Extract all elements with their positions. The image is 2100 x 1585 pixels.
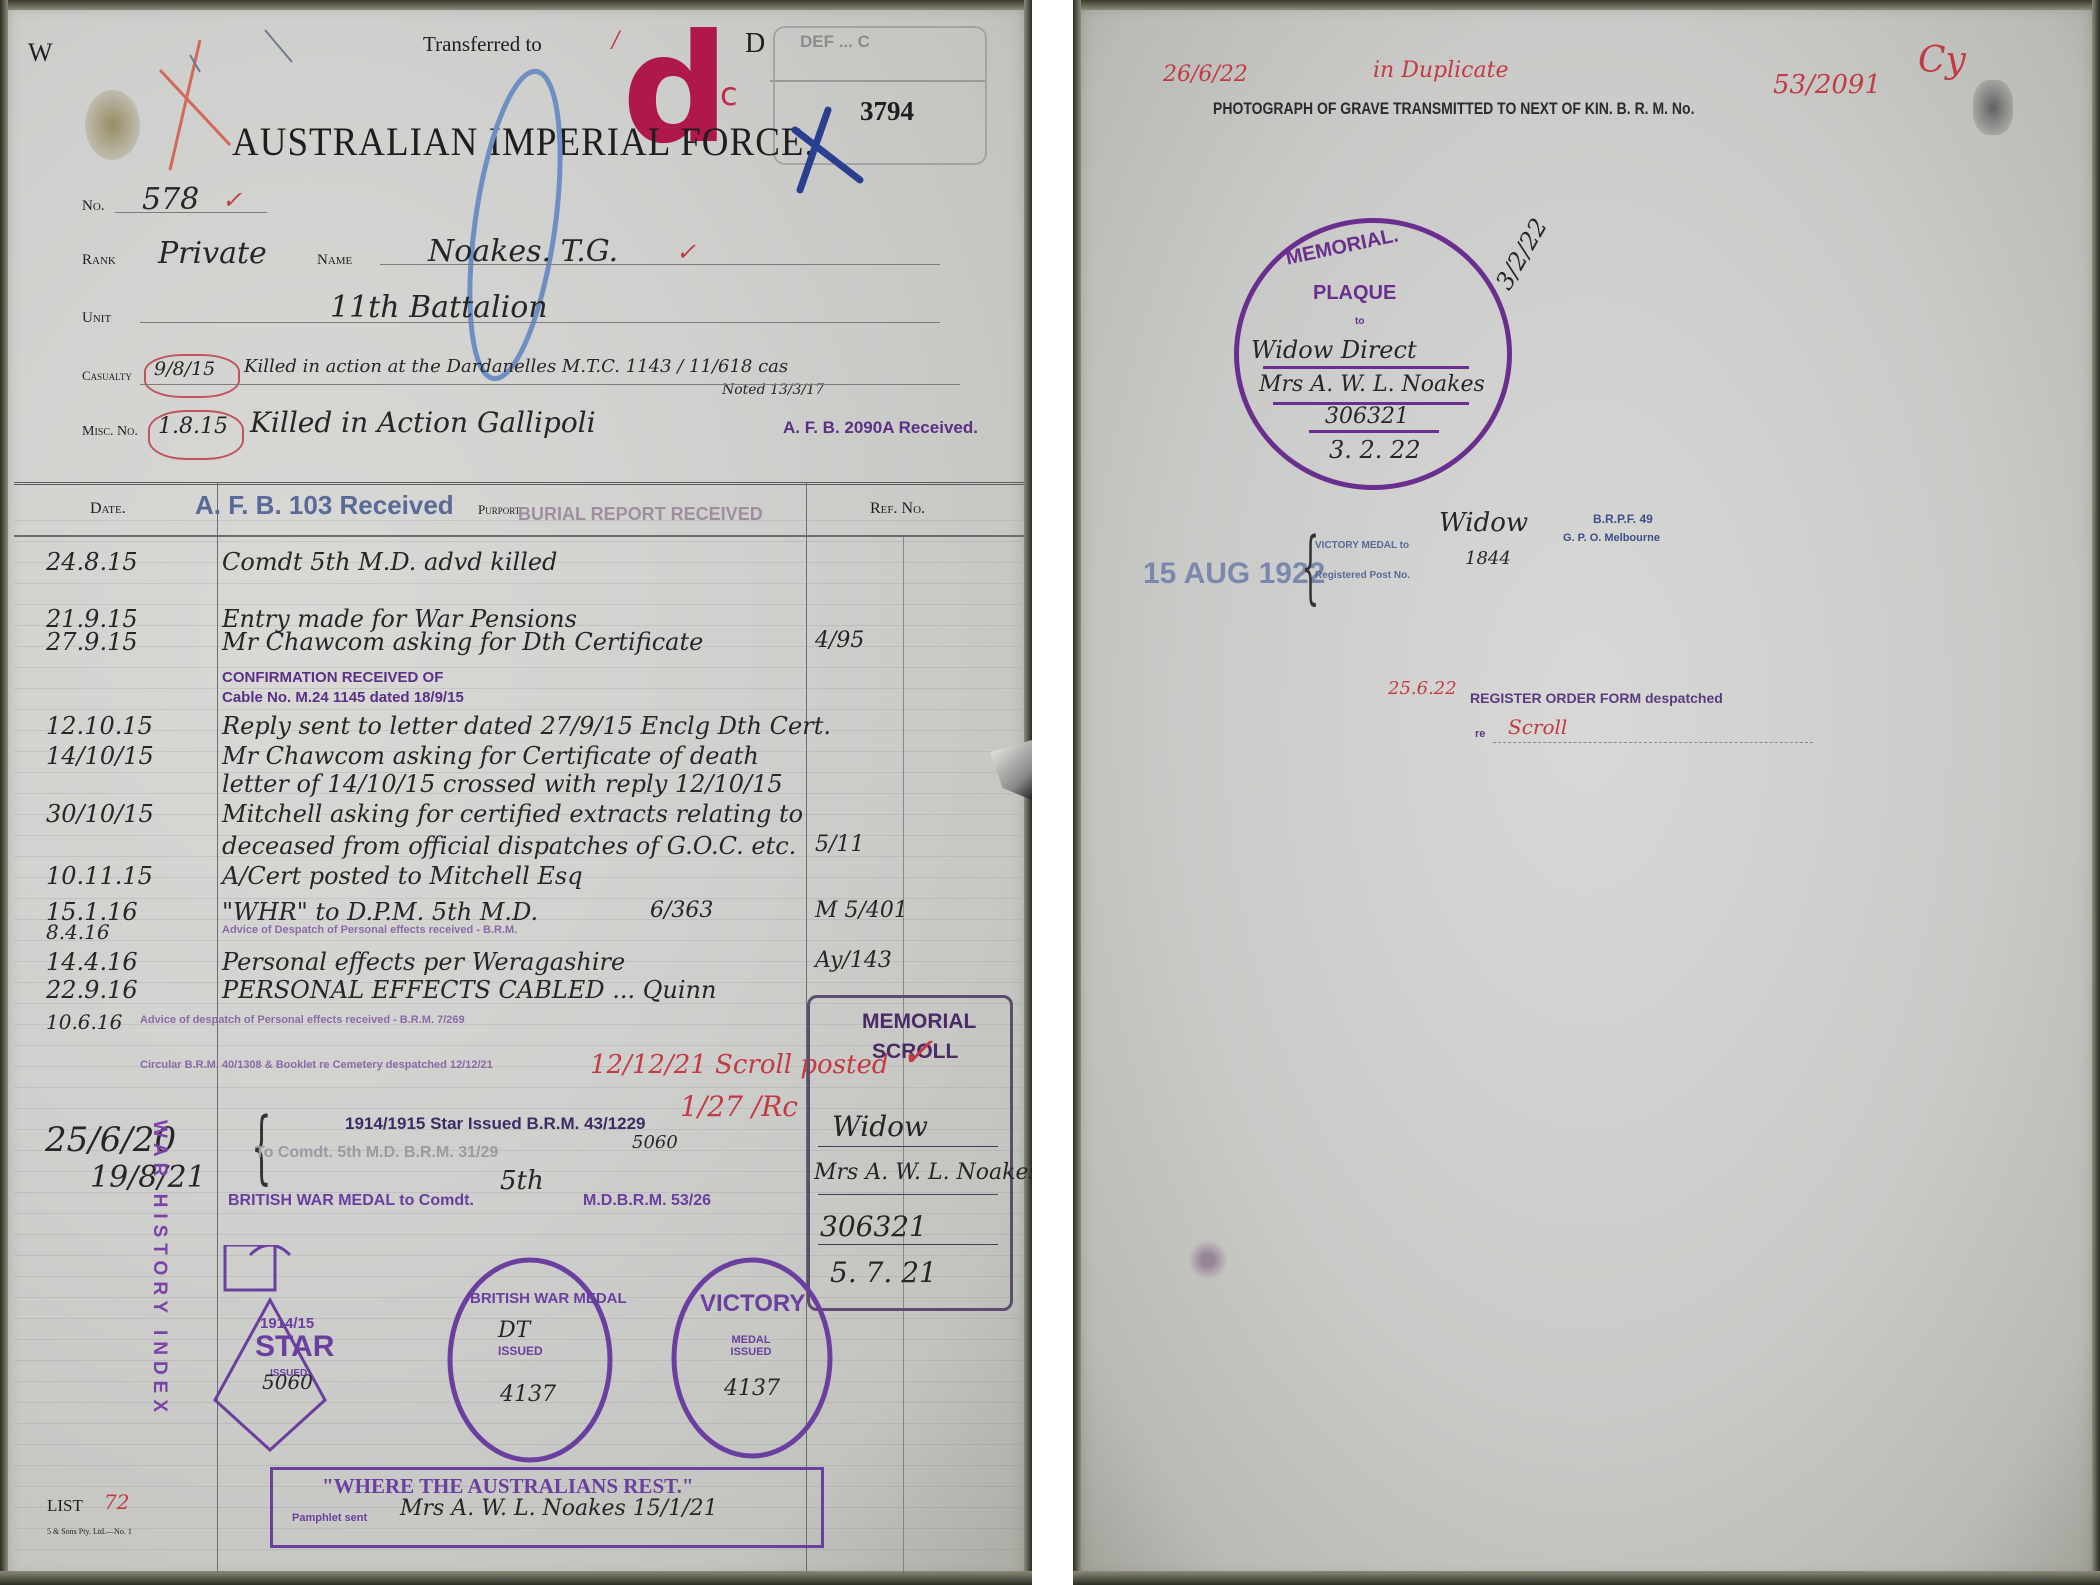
- underline: [818, 1194, 998, 1195]
- left-page-service-record: W Transferred to / D DEF ... C 3794 d c …: [0, 0, 1032, 1585]
- register-order-re-value: Scroll: [1508, 715, 1567, 739]
- photograph-of-grave-stamp: PHOTOGRAPH OF GRAVE TRANSMITTED TO NEXT …: [1213, 98, 1694, 117]
- entry-ref: 4/95: [815, 628, 864, 653]
- underline: [380, 264, 940, 265]
- to-comdt-stamp: To Comdt. 5th M.D. B.R.M. 31/29: [255, 1144, 498, 1162]
- bwm-md: 5th: [500, 1166, 544, 1196]
- pamphlet-label: Pamphlet sent: [292, 1512, 367, 1524]
- star-issued-stamp: 1914/1915 Star Issued B.R.M. 43/1229: [345, 1114, 646, 1134]
- plaque-relation: Widow Direct: [1251, 336, 1417, 364]
- scroll-recipient-relation: Widow: [832, 1110, 928, 1143]
- name-label: Name: [317, 252, 352, 269]
- entry-text: Mr Chawcom asking for Dth Certificate: [222, 628, 703, 656]
- plaque-stamp-to: to: [1355, 316, 1364, 327]
- underline: [115, 212, 267, 213]
- entry-text: PERSONAL EFFECTS CABLED ... Quinn: [222, 976, 716, 1004]
- plaque-name: Mrs A. W. L. Noakes: [1259, 372, 1485, 397]
- page-edge: [1073, 1571, 2100, 1585]
- register-order-stamp: REGISTER ORDER FORM despatched: [1470, 690, 1723, 706]
- entry-text: Advice of despatch of Personal effects r…: [140, 1014, 465, 1026]
- casualty-value: Killed in action at the Dardanelles M.T.…: [244, 356, 788, 377]
- af-b2090a-stamp: A. F. B. 2090A Received.: [783, 418, 978, 438]
- entry-text: letter of 14/10/15 crossed with reply 12…: [222, 770, 783, 798]
- table-top-rule: [14, 482, 1024, 485]
- entry-text: Mr Chawcom asking for Certificate of dea…: [222, 742, 759, 770]
- war-history-index-stamp: WAR HISTORY INDEX: [148, 1120, 170, 1418]
- underline: [818, 1244, 998, 1245]
- scroll-number: 306321: [820, 1210, 927, 1243]
- page-edge: [1073, 0, 1081, 1585]
- entry-ref: 5/11: [815, 832, 864, 857]
- underline: [140, 384, 960, 385]
- bwm-ref-stamp: M.D.B.R.M. 53/26: [583, 1192, 711, 1210]
- right-page-service-record: 26/6/22 in Duplicate PHOTOGRAPH OF GRAVE…: [1073, 0, 2100, 1585]
- entry-ref: M 5/401: [815, 898, 908, 923]
- af-b103-stamp: A. F. B. 103 Received: [195, 490, 454, 521]
- victory-stamp-number: 4137: [724, 1376, 780, 1401]
- victory-line-label: VICTORY MEDAL to: [1315, 540, 1409, 551]
- bwm-stamp-ring: BRITISH WAR MEDAL: [470, 1290, 627, 1307]
- entry-date: 14.4.16: [46, 948, 138, 976]
- entry-extra: 6/363: [650, 898, 713, 923]
- entry-text: Advice of Despatch of Personal effects r…: [222, 924, 517, 936]
- star-issued-ref: 5060: [632, 1132, 678, 1153]
- entry-date: 12.10.15: [46, 712, 153, 740]
- entry-date: 24.8.15: [46, 548, 138, 576]
- bwm-stamp-center: ISSUED: [498, 1344, 543, 1358]
- register-order-re-label: re: [1475, 728, 1485, 740]
- star-stamp-number: 5060: [262, 1370, 313, 1394]
- underline: [1309, 430, 1439, 433]
- plaque-side-note: 3/2/22: [1490, 214, 1553, 295]
- bwm-stamp-handwritten: DT: [498, 1318, 530, 1343]
- unit-value: 11th Battalion: [330, 290, 548, 325]
- unit-label: Unit: [82, 310, 111, 327]
- victory-line-value: Widow: [1439, 508, 1528, 538]
- underline: [818, 1146, 998, 1147]
- casualty-label: Casualty: [82, 368, 132, 384]
- red-initials: 1/27 /Rc: [680, 1090, 798, 1123]
- page-edge: [0, 1571, 1032, 1585]
- entry-ref: Ay/143: [815, 948, 892, 973]
- reg-post-label: Registered Post No.: [1315, 570, 1410, 581]
- page-edge: [2092, 0, 2100, 1585]
- entry-text: Circular B.R.M. 40/1308 & Booklet re Cem…: [140, 1059, 493, 1071]
- victory-stamp-ring: VICTORY: [700, 1290, 805, 1318]
- casualty-date: 9/8/15: [154, 358, 215, 380]
- plaque-date: 3. 2. 22: [1329, 436, 1421, 464]
- register-order-date: 25.6.22: [1388, 678, 1457, 699]
- printer-line: 5 & Sons Pty. Ltd.—No. 1: [47, 1527, 132, 1536]
- entry-date: 30/10/15: [46, 800, 154, 828]
- red-date-top: 26/6/22: [1163, 62, 1248, 87]
- entry-date: 14/10/15: [46, 742, 154, 770]
- bwm-stamp-number: 4137: [500, 1382, 556, 1407]
- scroll-date: 5. 7. 21: [830, 1256, 937, 1289]
- underline: [1263, 366, 1469, 369]
- underline: [1493, 742, 1813, 743]
- reg-post-value: 1844: [1465, 548, 1511, 569]
- pamphlet-value: Mrs A. W. L. Noakes 15/1/21: [400, 1496, 718, 1521]
- entry-date: 10.6.16: [46, 1010, 122, 1034]
- rank-label: Rank: [82, 252, 116, 269]
- column-header-ref: Ref. No.: [870, 500, 925, 518]
- reg-post-office: G. P. O. Melbourne: [1563, 532, 1660, 544]
- plaque-stamp-subtitle: PLAQUE: [1313, 282, 1396, 305]
- bwm-stamp: BRITISH WAR MEDAL to Comdt.: [228, 1192, 474, 1210]
- brace-icon: {: [1302, 520, 1320, 613]
- star-stamp-title: STAR: [255, 1330, 334, 1364]
- check-mark: ✓: [676, 238, 696, 266]
- red-ref-number: 53/2091: [1773, 70, 1881, 100]
- entry-text: CONFIRMATION RECEIVED OF: [222, 669, 443, 686]
- list-label: LIST: [47, 1496, 83, 1516]
- entry-text: Personal effects per Weragashire: [222, 948, 625, 976]
- entry-text: A/Cert posted to Mitchell Esq: [222, 862, 583, 890]
- entry-date: 27.9.15: [46, 628, 138, 656]
- red-check-mark: ✓: [900, 1030, 934, 1076]
- scroll-recipient-name: Mrs A. W. L. Noakes: [814, 1160, 1032, 1185]
- column-header-purport: Purport.: [478, 502, 523, 518]
- entry-text: deceased from official dispatches of G.O…: [222, 832, 796, 860]
- entry-date: 10.11.15: [46, 862, 153, 890]
- rank-value: Private: [158, 236, 267, 271]
- check-mark: ✓: [222, 186, 242, 214]
- column-header-date: Date.: [90, 500, 126, 518]
- ink-blot: [1973, 80, 2013, 135]
- number-label: No.: [82, 198, 105, 215]
- entry-date: 8.4.16: [46, 920, 110, 944]
- date-stamp-aug-1922: 15 AUG 1922: [1143, 557, 1325, 591]
- entry-text: "WHR" to D.P.M. 5th M.D.: [222, 898, 538, 926]
- victory-stamp-center: MEDAL ISSUED: [716, 1334, 786, 1358]
- entry-text: Reply sent to letter dated 27/9/15 Enclg…: [222, 712, 831, 740]
- underline: [140, 322, 940, 323]
- list-value: 72: [104, 1490, 129, 1514]
- ink-speckle: [1188, 1240, 1228, 1280]
- page-edge: [1073, 0, 2100, 10]
- red-note-duplicate: in Duplicate: [1373, 58, 1508, 83]
- victory-line-ref: B.R.P.F. 49: [1593, 512, 1653, 526]
- entry-text: Mitchell asking for certified extracts r…: [222, 800, 803, 828]
- misc-date: 1.8.15: [158, 414, 228, 439]
- misc-label: Misc. No.: [82, 424, 138, 440]
- burial-report-stamp: BURIAL REPORT RECEIVED: [518, 504, 763, 525]
- plaque-number: 306321: [1325, 404, 1409, 429]
- entry-text: Comdt 5th M.D. advd killed: [222, 548, 557, 576]
- entry-date: 22.9.16: [46, 976, 138, 1004]
- misc-value: Killed in Action Gallipoli: [250, 406, 596, 439]
- table-header-rule: [14, 535, 1024, 537]
- entry-text: Cable No. M.24 1145 dated 18/9/15: [222, 689, 464, 706]
- red-initials: Cy: [1918, 40, 1966, 81]
